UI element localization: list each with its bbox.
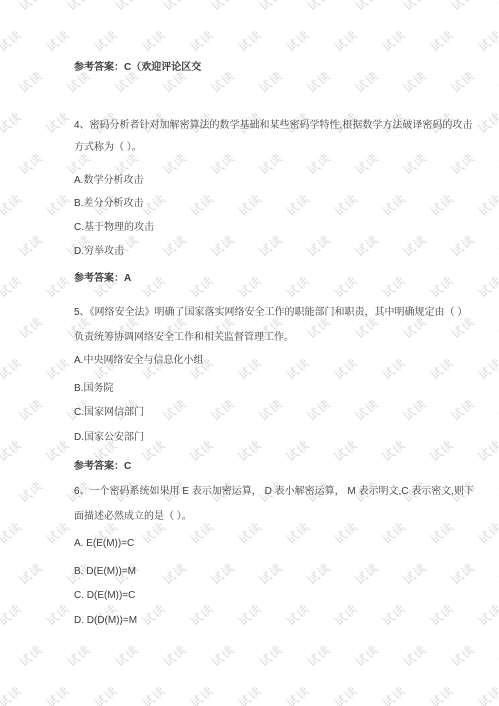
question-5-text-line-1: 5、《网络安全法》明确了国家落实网络安全工作的职能部门和职责，其中明确规定由（ … [74,307,467,319]
question-4-answer: 参考答案：A [74,273,131,285]
question-4-text-line-1: 4、密码分析者针对加解密算法的数学基础和某些密码学特性,根据数学方法破译密码的攻… [74,120,472,132]
question-6-option-d: D. D(D(M))=M [74,615,137,627]
question-6-option-b: B. D(E(M))=M [74,566,136,578]
question-5-answer: 参考答案：C [74,461,131,473]
question-6-text-line-2: 面描述必然成立的是（ ）。 [74,511,192,523]
question-4-option-d: D.穷举攻击 [74,246,124,258]
question-5-text-line-2: 负责统筹协调网络安全工作和相关监督管理工作。 [74,332,294,344]
document-page: { "page": { "background": "#ffffff", "te… [0,0,499,706]
reference-answer-note: 参考答案：C（欢迎评论区交 [74,62,201,74]
question-6-option-a: A. E(E(M))=C [74,538,134,550]
question-5-option-c: C.国家网信部门 [74,407,144,419]
question-6-option-c: C. D(E(M))=C [74,590,135,602]
question-4-option-c: C.基于物理的攻击 [74,222,154,234]
question-5-option-d: D.国家公安部门 [74,432,144,444]
question-4-option-b: B.差分分析攻击 [74,198,143,210]
question-5-option-b: B.国务院 [74,383,113,395]
exam-content: 参考答案：C（欢迎评论区交 4、密码分析者针对加解密算法的数学基础和某些密码学特… [0,0,499,706]
question-6-text-line-1: 6、一个密码系统如果用 E 表示加密运算， D 表小解密运算， M 表示明文,C… [74,486,474,498]
question-4-option-a: A.数学分析攻击 [74,175,143,187]
question-5-option-a: A.中央网络安全与信息化小组 [74,355,203,367]
question-4-text-line-2: 方式称为（ ）。 [74,142,142,154]
